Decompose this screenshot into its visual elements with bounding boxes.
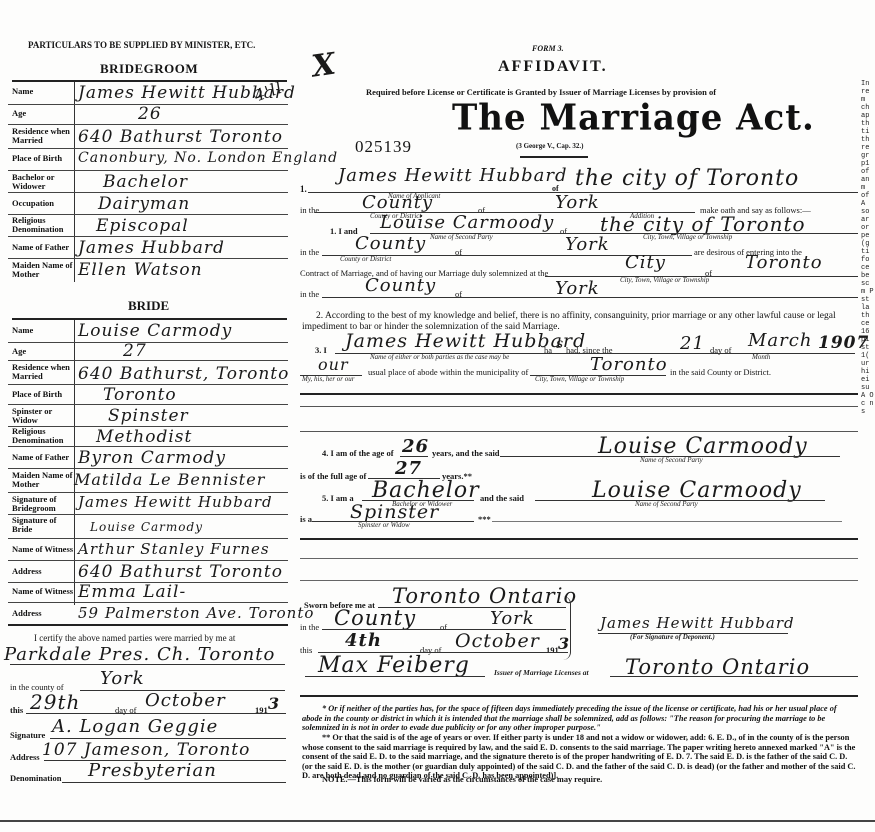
divider bbox=[520, 156, 588, 158]
and-said-text: and the said bbox=[480, 493, 524, 503]
this-label: this bbox=[10, 705, 23, 715]
solemnization-place: Toronto bbox=[745, 252, 823, 273]
marriage-month: October bbox=[145, 690, 226, 711]
minister-signature: A. Logan Geggie bbox=[52, 716, 218, 737]
bride-denomination-value: Methodist bbox=[96, 427, 192, 447]
witness2-address-value: 59 Palmerston Ave. Toronto bbox=[78, 604, 314, 622]
bride-status-row: Spinster or Widow Spinster bbox=[8, 404, 288, 427]
sworn-month: October bbox=[455, 630, 540, 652]
bridegroom-status-row: Bachelor or Widower Bachelor bbox=[8, 170, 288, 193]
bride-name-value: Louise Carmody bbox=[78, 321, 232, 341]
field-label: Bachelor or Widower bbox=[12, 173, 72, 191]
caption-city: City, Town, Village or Township bbox=[535, 375, 624, 383]
para-number: 1. bbox=[300, 184, 307, 194]
field-label: Age bbox=[12, 109, 26, 118]
caption-second-party: Name of Second Party bbox=[640, 456, 703, 464]
bridegroom-denomination-row: Religious Denomination Episcopal bbox=[8, 214, 288, 237]
bridegroom-occupation-value: Dairyman bbox=[98, 194, 190, 214]
year-suffix: 3 bbox=[268, 694, 280, 713]
field-label: Name of Witness bbox=[12, 587, 73, 596]
bridegroom-denomination-value: Episcopal bbox=[96, 216, 189, 236]
signature-label: Signature bbox=[10, 730, 45, 740]
minister-address: 107 Jameson, Toronto bbox=[42, 740, 250, 760]
county-3: County bbox=[365, 275, 436, 296]
applicant-age: 26 bbox=[402, 436, 429, 457]
bridegroom-birthplace-value: Canonbury, No. London England bbox=[78, 150, 338, 166]
county-2: County bbox=[355, 233, 426, 254]
deponent-signature: James Hewitt Hubbard bbox=[600, 614, 795, 632]
second-party-status: Spinster bbox=[350, 501, 439, 523]
required-text: Required before License or Certificate i… bbox=[366, 87, 716, 97]
second-party-name: Louise Carmoody bbox=[380, 212, 554, 233]
marriage-day: 29th bbox=[30, 690, 80, 714]
affidavit-title: AFFIDAVIT. bbox=[498, 58, 608, 76]
field-label: Residence when Married bbox=[12, 127, 78, 145]
bridegroom-residence-row: Residence when Married 640 Bathurst Toro… bbox=[8, 124, 288, 149]
field-label: Place of Birth bbox=[12, 390, 62, 399]
caption-city: City, Town, Village or Township bbox=[620, 276, 709, 284]
field-label: Religious Denomination bbox=[12, 216, 82, 234]
issuer-label: Issuer of Marriage Licenses at bbox=[494, 668, 589, 677]
field-label: Religious Denomination bbox=[12, 427, 82, 445]
witness1-address-row: Address 640 Bathurst Toronto bbox=[8, 560, 288, 583]
divider bbox=[300, 695, 858, 697]
bridegroom-name-row: Name James Hewitt Hubbard bbox=[8, 82, 288, 105]
has-mark: s bbox=[556, 336, 564, 352]
bride-signature-value: Louise Carmody bbox=[90, 520, 203, 534]
caption-month: Month bbox=[752, 353, 770, 361]
bridegroom-father-row: Name of Father James Hubbard bbox=[8, 236, 288, 259]
bridegroom-mother-row: Maiden Name of Mother Ellen Watson bbox=[8, 258, 288, 282]
bride-age-row: Age 27 bbox=[8, 342, 288, 361]
applicant-place: the city of Toronto bbox=[575, 166, 799, 191]
in-the-text: in the bbox=[300, 622, 319, 632]
since-month: March bbox=[748, 330, 812, 351]
marriage-place: Parkdale Pres. Ch. Toronto bbox=[4, 644, 275, 665]
bride-status-value: Spinster bbox=[108, 406, 189, 426]
bride-residence-row: Residence when Married 640 Bathurst, Tor… bbox=[8, 360, 288, 385]
caption-pronoun: My, his, her or our bbox=[302, 375, 355, 383]
bride-mother-row: Maiden Name of Mother Matilda Le Bennist… bbox=[8, 468, 288, 493]
witness1-name-value: Arthur Stanley Furnes bbox=[78, 540, 270, 558]
in-the-text: in the bbox=[300, 205, 319, 215]
bride-mother-value: Matilda Le Bennister bbox=[74, 470, 265, 489]
margin-check-mark: X bbox=[310, 46, 339, 84]
underline bbox=[62, 782, 286, 783]
field-label: Residence when Married bbox=[12, 363, 78, 381]
sworn-county-name: York bbox=[490, 608, 535, 629]
bridegroom-residence-value: 640 Bathurst Toronto bbox=[78, 127, 283, 147]
underline bbox=[322, 297, 858, 298]
this-text: this bbox=[300, 645, 312, 655]
field-label: Name of Father bbox=[12, 243, 69, 252]
bride-residence-value: 640 Bathurst, Toronto bbox=[78, 364, 289, 384]
field-label: Maiden Name of Mother bbox=[12, 261, 82, 279]
underline bbox=[400, 456, 428, 457]
act-reference: (3 George V., Cap. 32.) bbox=[516, 142, 583, 150]
certify-text: I certify the above named parties were m… bbox=[34, 633, 235, 643]
page-bottom-edge bbox=[0, 820, 875, 822]
abode-text: usual place of abode within the municipa… bbox=[368, 367, 528, 377]
bridegroom-age-value: 26 bbox=[138, 104, 162, 124]
para-number: 3. I bbox=[315, 345, 327, 355]
county-2-name: York bbox=[565, 234, 610, 255]
bridegroom-signature-row: Signature of Bridegroom James Hewitt Hub… bbox=[8, 492, 288, 515]
field-label: Place of Birth bbox=[12, 154, 62, 163]
issuer-signature: Max Feiberg bbox=[318, 653, 470, 678]
underline bbox=[305, 676, 485, 677]
field-label: Maiden Name of Mother bbox=[12, 471, 82, 489]
divider bbox=[300, 538, 858, 540]
witness1-name-row: Name of Witness Arthur Stanley Furnes bbox=[8, 538, 288, 561]
witness2-name-value: Emma Lail- bbox=[78, 582, 186, 602]
i-am-text: 5. I am a bbox=[322, 493, 354, 503]
field-label: Signature of Bridegroom bbox=[12, 495, 78, 513]
divider bbox=[300, 431, 858, 432]
field-label: Name bbox=[12, 326, 33, 335]
applicant-name: James Hewitt Hubbard bbox=[338, 165, 568, 186]
act-title: The Marriage Act. bbox=[452, 97, 815, 139]
since-day: 21 bbox=[680, 333, 705, 354]
bride-signature-row: Signature of Bride Louise Carmody bbox=[8, 514, 288, 539]
divider bbox=[300, 406, 858, 407]
caption-county: County or District bbox=[340, 255, 391, 263]
underline bbox=[610, 676, 858, 677]
sworn-day: 4th bbox=[345, 630, 382, 651]
caption-city: City, Town, Village or Township bbox=[643, 233, 732, 241]
witness2-address-row: Address 59 Palmerston Ave. Toronto bbox=[8, 602, 288, 626]
in-the-text: in the bbox=[300, 247, 319, 257]
adjacent-page-edge-text: In re m ch ap th ti th re gr p1 of an m … bbox=[861, 80, 875, 720]
sworn-county: County bbox=[334, 606, 416, 630]
footnote-1: * Or if neither of the parties has, for … bbox=[302, 704, 858, 733]
field-label: Spinster or Widow bbox=[12, 407, 72, 425]
bridegroom-heading: BRIDEGROOM bbox=[100, 61, 198, 77]
field-label: Signature of Bride bbox=[12, 516, 72, 534]
i-and-text: 1. I and bbox=[330, 226, 358, 236]
end-text: in the said County or District. bbox=[670, 367, 771, 377]
divider bbox=[300, 558, 858, 559]
underline bbox=[492, 521, 842, 522]
county-3-name: York bbox=[555, 278, 600, 299]
caption-name: Name of either or both parties as the ca… bbox=[370, 353, 509, 361]
bride-father-value: Byron Carmody bbox=[78, 448, 226, 468]
underline bbox=[50, 738, 286, 739]
bridegroom-birthplace-row: Place of Birth Canonbury, No. London Eng… bbox=[8, 148, 288, 171]
field-label: Name of Father bbox=[12, 453, 69, 462]
form-note: NOTE.—This form will be varied as the ci… bbox=[322, 775, 842, 785]
caption-status: Spinster or Widow bbox=[358, 521, 410, 529]
stars: *** bbox=[478, 514, 491, 524]
divider bbox=[300, 580, 858, 581]
bridegroom-mother-value: Ellen Watson bbox=[78, 260, 203, 280]
bride-name-row: Name Louise Carmody bbox=[8, 320, 288, 343]
is-a-text: is a bbox=[300, 514, 312, 524]
field-label: Address bbox=[12, 609, 42, 618]
in-the-text: in the bbox=[300, 289, 319, 299]
county-1-name: York bbox=[555, 192, 600, 213]
county-value: York bbox=[100, 668, 145, 689]
bride-heading: BRIDE bbox=[128, 298, 169, 314]
bride-age-value: 27 bbox=[123, 341, 147, 361]
field-label: Occupation bbox=[12, 199, 54, 208]
bridegroom-signature-value: James Hewitt Hubbard bbox=[78, 493, 273, 511]
of-text: of bbox=[440, 622, 447, 632]
underline bbox=[10, 664, 285, 665]
bridegroom-occupation-row: Occupation Dairyman bbox=[8, 192, 288, 215]
bride-denomination-row: Religious Denomination Methodist bbox=[8, 426, 288, 447]
address-label: Address bbox=[10, 752, 40, 762]
caption-deponent: (For Signature of Deponent.) bbox=[630, 633, 715, 641]
second-party-age: 27 bbox=[395, 458, 422, 479]
field-label: Name of Witness bbox=[12, 545, 73, 554]
age-text: 4. I am of the age of bbox=[322, 448, 394, 458]
bridegroom-status-value: Bachelor bbox=[103, 172, 188, 192]
field-label: Age bbox=[12, 347, 26, 356]
footnote-2: ** Or that the said is of the age of yea… bbox=[302, 733, 858, 781]
years-said-text: years, and the said bbox=[432, 448, 500, 458]
witness2-name-row: Name of Witness Emma Lail- bbox=[8, 582, 288, 603]
bridegroom-father-value: James Hubbard bbox=[78, 238, 225, 258]
municipality: Toronto bbox=[590, 354, 668, 375]
divider bbox=[300, 393, 858, 395]
ministers-particulars-heading: PARTICULARS TO BE SUPPLIED BY MINISTER, … bbox=[28, 40, 255, 50]
pronoun: our bbox=[318, 355, 349, 374]
underline bbox=[26, 713, 286, 714]
full-age-text: is of the full age of bbox=[300, 471, 366, 481]
bride-father-row: Name of Father Byron Carmody bbox=[8, 446, 288, 469]
minister-denomination: Presbyterian bbox=[88, 760, 217, 781]
field-label: Name bbox=[12, 87, 33, 96]
serial-number: 025139 bbox=[355, 137, 412, 157]
bride-birthplace-row: Place of Birth Toronto bbox=[8, 384, 288, 405]
form-number: FORM 3. bbox=[532, 44, 564, 53]
county-1: County bbox=[362, 192, 433, 213]
caption-second-party: Name of Second Party bbox=[635, 500, 698, 508]
field-label: Address bbox=[12, 567, 42, 576]
bridegroom-age-row: Age 26 bbox=[8, 104, 288, 125]
caption-second-party: Name of Second Party bbox=[430, 233, 493, 241]
witness1-address-value: 640 Bathurst Toronto bbox=[78, 562, 283, 582]
bracket bbox=[562, 596, 571, 660]
denomination-label: Denomination bbox=[10, 773, 61, 783]
solemnization-type: City bbox=[625, 252, 666, 273]
bride-birthplace-value: Toronto bbox=[103, 385, 177, 405]
sworn-place: Toronto Ontario bbox=[392, 584, 577, 608]
sworn-year-prefix: 191 bbox=[546, 645, 559, 655]
